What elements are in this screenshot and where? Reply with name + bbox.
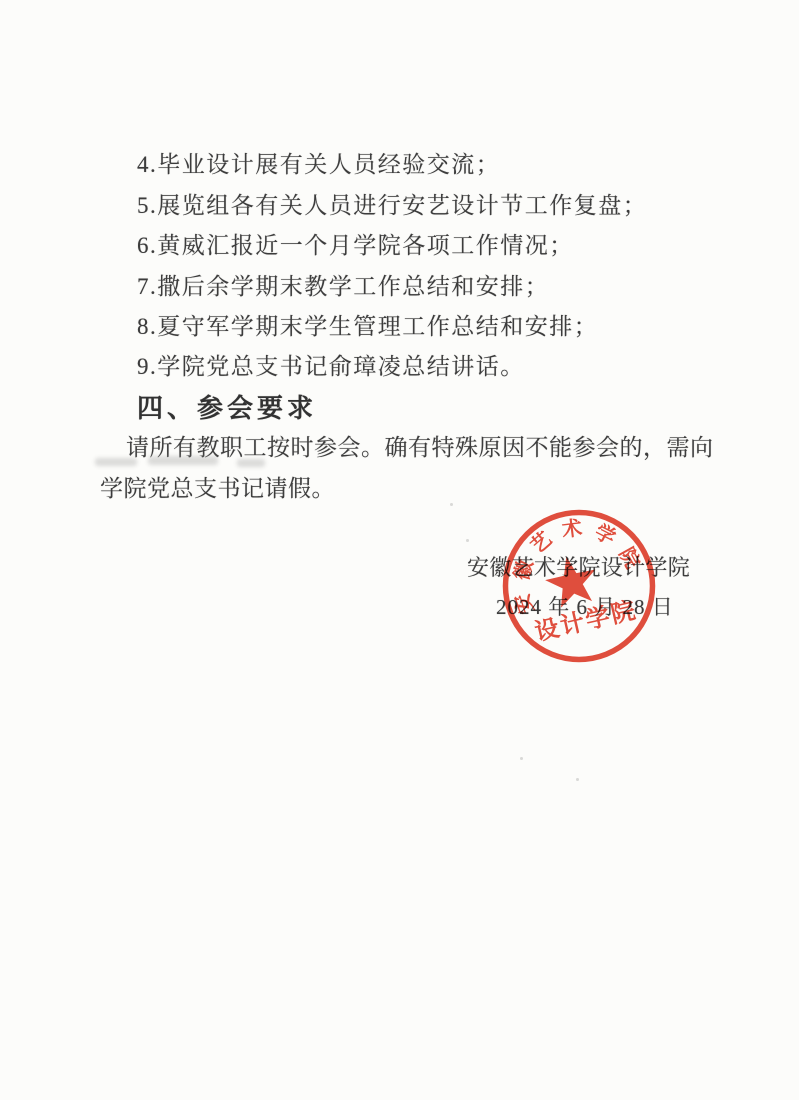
scan-smudge: [148, 456, 218, 465]
agenda-item-4: 4.毕业设计展有关人员经验交流；: [137, 146, 500, 179]
scan-smudge: [95, 458, 137, 466]
scan-speck: [466, 539, 469, 542]
scan-speck: [450, 503, 453, 506]
scan-speck: [575, 443, 578, 446]
section-heading: 四、参会要求: [137, 388, 317, 425]
agenda-item-9: 9.学院党总支书记俞璋凌总结讲话。: [137, 348, 525, 381]
official-seal: 安 徽 艺 术 学 院 设计学院: [489, 496, 669, 676]
agenda-item-7: 7.撒后余学期末教学工作总结和安排；: [137, 268, 549, 301]
seal-ring-char: 安: [509, 591, 538, 617]
paragraph-line-2: 学院党总支书记请假。: [100, 470, 335, 503]
seal-star-icon: [541, 551, 601, 609]
seal-ring-char: 徽: [509, 557, 538, 583]
scan-speck: [576, 778, 579, 781]
scan-speck: [520, 757, 523, 760]
seal-ring-char: 术: [560, 515, 584, 541]
document-page: 4.毕业设计展有关人员经验交流； 5.展览组各有关人员进行安艺设计节工作复盘； …: [0, 0, 799, 1100]
agenda-item-6: 6.黄威汇报近一个月学院各项工作情况；: [137, 227, 574, 260]
agenda-item-8: 8.夏守军学期末学生管理工作总结和安排；: [137, 308, 598, 341]
agenda-item-5: 5.展览组各有关人员进行安艺设计节工作复盘；: [137, 187, 647, 220]
scan-smudge: [237, 459, 265, 467]
seal-bottom-text: 设计学院: [532, 597, 639, 647]
